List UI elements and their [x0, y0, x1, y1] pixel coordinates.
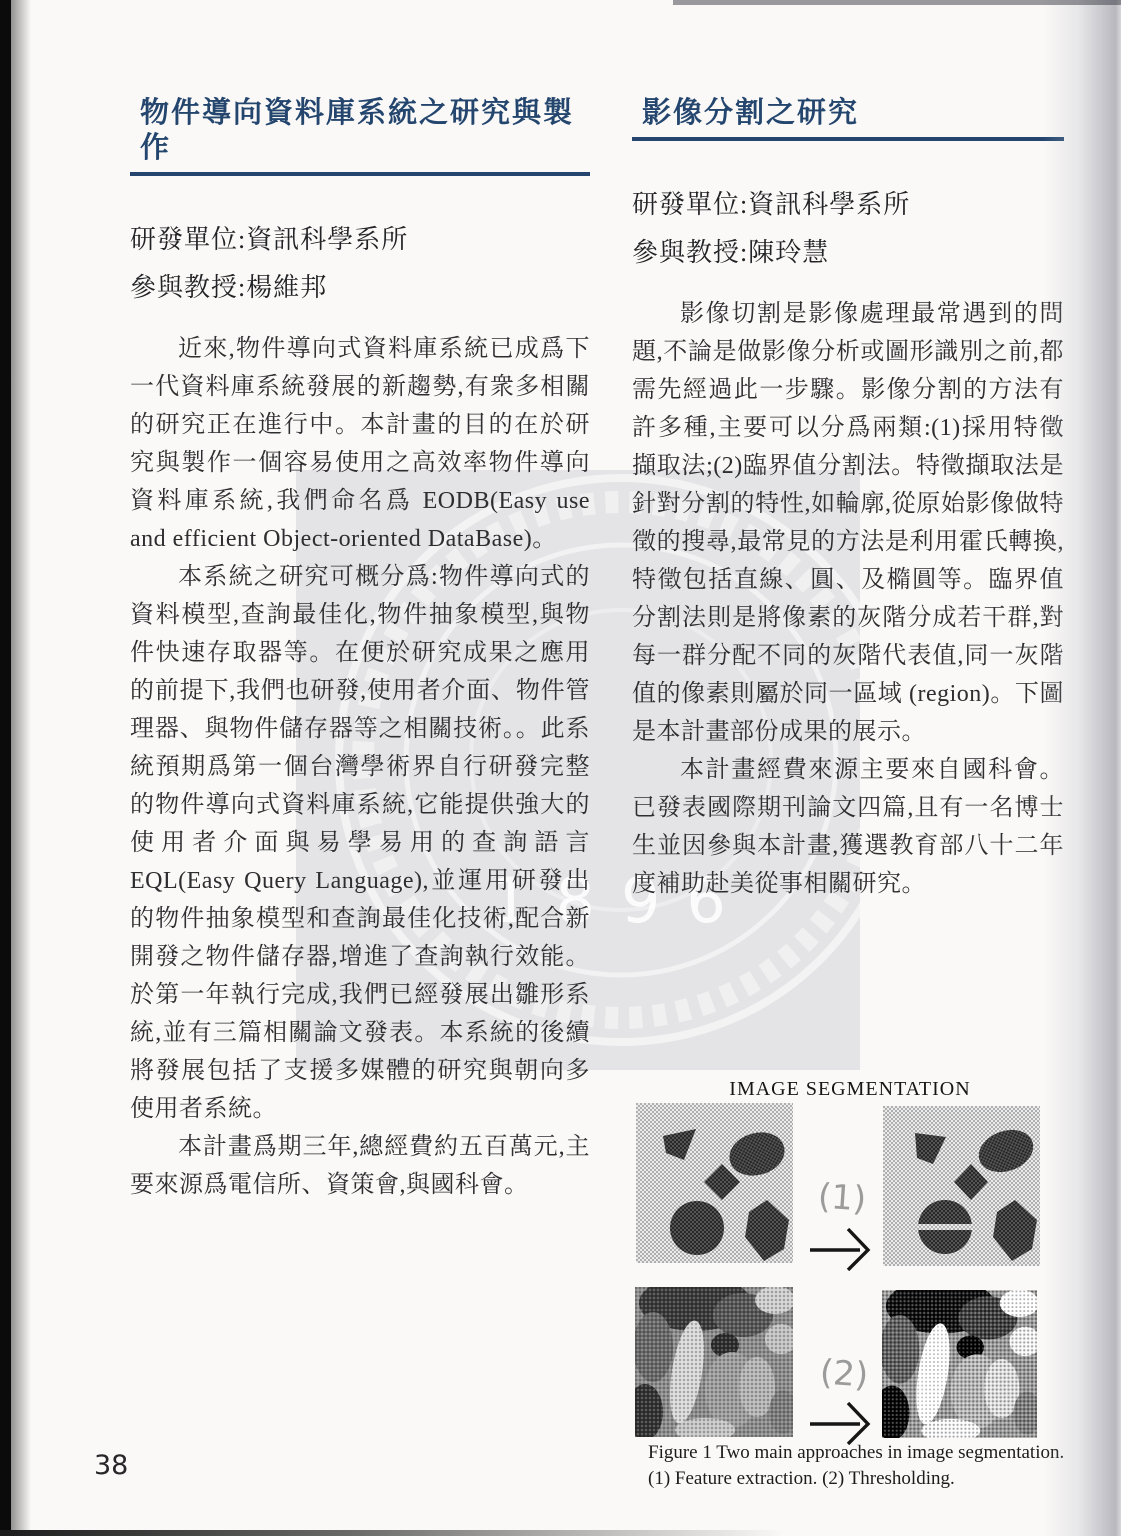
unit-line: 研發單位:資訊科學系所: [632, 181, 1064, 229]
scan-edge-right-shadow: [1043, 0, 1121, 1536]
article-left-title: 物件導向資料庫系統之研究與製作: [130, 96, 590, 176]
arrow-2-label: (2): [819, 1352, 870, 1395]
paragraph: 近來,物件導向式資料庫系統已成爲下一代資料庫系統發展的新趨勢,有衆多相關的研究正…: [130, 330, 590, 558]
paragraph: 本計畫經費來源主要來自國科會。已發表國際期刊論文四篇,且有一名博士生並因參與本計…: [632, 751, 1064, 903]
figure-image-segmentation: IMAGE SEGMENTATION (1): [630, 1078, 1070, 1528]
unit-line: 研發單位:資訊科學系所: [130, 216, 590, 264]
scan-edge-bottom-shadow: [0, 1530, 785, 1536]
article-right-title: 影像分割之研究: [632, 96, 1064, 141]
scan-edge-left-bar: [0, 0, 11, 1536]
professor-line: 參與教授:陳玲慧: [632, 229, 1064, 277]
scan-edge-left-shadow: [11, 0, 31, 1536]
arrow-1-icon: [808, 1221, 874, 1271]
peppers-image-thresholded: [882, 1290, 1037, 1438]
figure-title: IMAGE SEGMENTATION: [630, 1078, 1070, 1101]
shapes-image-original: [636, 1103, 793, 1263]
article-right-body: 影像切割是影像處理最常遇到的問題,不論是做影像分析或圖形識別之前,都需先經過此一…: [632, 295, 1064, 903]
paragraph: 本計畫爲期三年,總經費約五百萬元,主要來源爲電信所、資策會,與國科會。: [130, 1128, 590, 1204]
arrow-1-label: (1): [817, 1176, 868, 1219]
paragraph: 本系統之研究可概分爲:物件導向式的資料模型,查詢最佳化,物件抽象模型,與物件快速…: [130, 558, 590, 1128]
article-right: 影像分割之研究 研發單位:資訊科學系所 參與教授:陳玲慧 影像切割是影像處理最常…: [632, 96, 1064, 903]
page-number: 38: [94, 1450, 128, 1481]
article-left: 物件導向資料庫系統之研究與製作 研發單位:資訊科學系所 參與教授:楊維邦 近來,…: [130, 96, 590, 1204]
figure-caption-line1: Figure 1 Two main approaches in image se…: [648, 1440, 1064, 1466]
peppers-image-original: [635, 1287, 793, 1437]
figure-caption: Figure 1 Two main approaches in image se…: [648, 1440, 1064, 1492]
professor-line: 參與教授:楊維邦: [130, 264, 590, 312]
shapes-image-segmented: [883, 1106, 1040, 1266]
arrow-2-icon: [808, 1395, 874, 1445]
article-right-meta: 研發單位:資訊科學系所 參與教授:陳玲慧: [632, 181, 1064, 277]
paragraph: 影像切割是影像處理最常遇到的問題,不論是做影像分析或圖形識別之前,都需先經過此一…: [632, 295, 1064, 751]
scanned-document-page: 1896 物件導向資料庫系統之研究與製作 研發單位:資訊科學系所 參與教授:楊維…: [0, 0, 1121, 1536]
article-left-meta: 研發單位:資訊科學系所 參與教授:楊維邦: [130, 216, 590, 312]
figure-caption-line2: (1) Feature extraction. (2) Thresholding…: [648, 1466, 1064, 1492]
scan-edge-top-shadow: [673, 0, 1121, 5]
article-left-body: 近來,物件導向式資料庫系統已成爲下一代資料庫系統發展的新趨勢,有衆多相關的研究正…: [130, 330, 590, 1204]
